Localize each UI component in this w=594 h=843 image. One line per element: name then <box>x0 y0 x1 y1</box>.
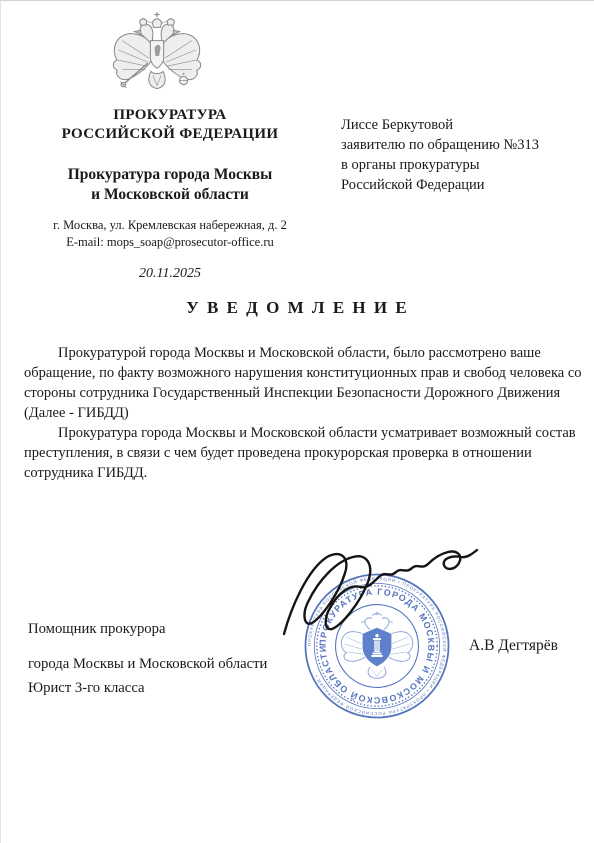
org-name-line1: ПРОКУРАТУРА <box>31 106 309 125</box>
signer-position-line1: Помощник прокурора <box>28 619 267 639</box>
recipient-name: Лиссе Беркутовой <box>341 115 539 135</box>
signer-position-line3: Юрист 3-го класса <box>28 676 267 700</box>
russian-coat-of-arms-icon <box>111 10 203 104</box>
document-page: ПРОКУРАТУРА РОССИЙСКОЙ ФЕДЕРАЦИИ Прокура… <box>0 0 594 843</box>
recipient-line: Российской Федерации <box>341 175 539 195</box>
body-paragraph-2: Прокуратура города Москвы и Московской о… <box>24 423 584 483</box>
signer-position-line2: города Москвы и Московской области <box>28 652 267 676</box>
org-email: E-mail: mops_soap@prosecutor-office.ru <box>31 234 309 251</box>
signer-position-block: Помощник прокурора города Москвы и Моско… <box>28 619 267 700</box>
recipient-block: Лиссе Беркутовой заявителю по обращению … <box>341 115 539 195</box>
dept-name-line1: Прокуратура города Москвы <box>31 165 309 185</box>
handwritten-signature-icon <box>279 544 484 644</box>
org-address: г. Москва, ул. Кремлевская набережная, д… <box>31 217 309 234</box>
recipient-line: в органы прокуратуры <box>341 155 539 175</box>
document-date: 20.11.2025 <box>31 266 309 282</box>
document-title: У В Е Д О М Л Е Н И Е <box>1 298 594 318</box>
dept-name-line2: и Московской области <box>31 185 309 205</box>
recipient-line: заявителю по обращению №313 <box>341 135 539 155</box>
body-paragraph-1: Прокуратурой города Москвы и Московской … <box>24 343 584 423</box>
letterhead: ПРОКУРАТУРА РОССИЙСКОЙ ФЕДЕРАЦИИ Прокура… <box>31 106 309 282</box>
signer-name: А.В Дегтярёв <box>469 637 558 655</box>
org-name-line2: РОССИЙСКОЙ ФЕДЕРАЦИИ <box>31 125 309 144</box>
document-body: Прокуратурой города Москвы и Московской … <box>24 343 584 483</box>
